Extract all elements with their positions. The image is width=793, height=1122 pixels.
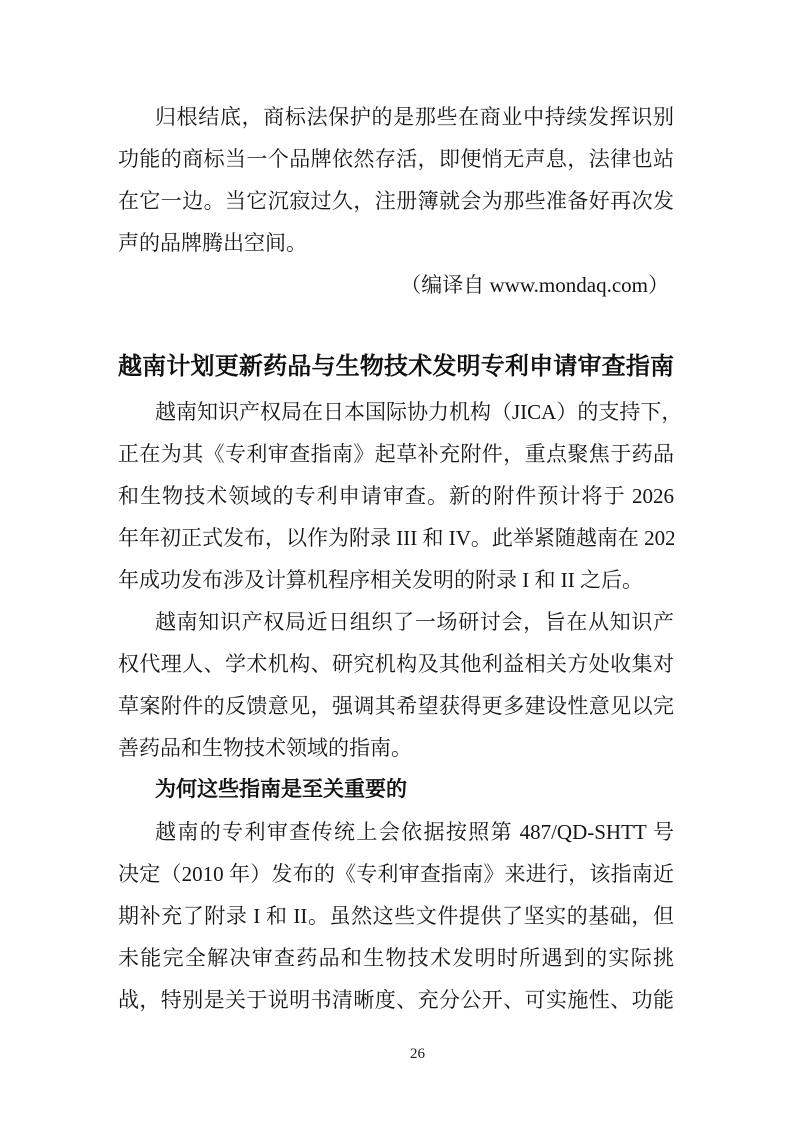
body-line: 在它一边。当它沉寂过久，注册簿就会为那些准备好再次发 bbox=[118, 180, 674, 222]
body-line: 和生物技术领域的专利申请审查。新的附件预计将于 2026 bbox=[118, 475, 674, 517]
body-line: 决定（2010 年）发布的《专利审查指南》来进行，该指南近 bbox=[118, 853, 674, 895]
document-page: 归根结底，商标法保护的是那些在商业中持续发挥识别 功能的商标当一个品牌依然存活，… bbox=[0, 0, 793, 1122]
body-line: 越南的专利审查传统上会依据按照第 487/QD-SHTT 号 bbox=[118, 811, 674, 853]
body-line: 草案附件的反馈意见，强调其希望获得更多建设性意见以完 bbox=[118, 685, 674, 727]
body-line: 归根结底，商标法保护的是那些在商业中持续发挥识别 bbox=[118, 96, 674, 138]
body-line: 期补充了附录 I 和 II。虽然这些文件提供了坚实的基础，但 bbox=[118, 895, 674, 937]
body-line: 正在为其《专利审查指南》起草补充附件，重点聚焦于药品 bbox=[118, 433, 674, 475]
section-subheading: 为何这些指南是至关重要的 bbox=[118, 769, 674, 811]
article2-paragraph-1: 越南知识产权局在日本国际协力机构（JICA）的支持下， 正在为其《专利审查指南》… bbox=[118, 391, 674, 601]
body-line: 年年初正式发布，以作为附录 III 和 IV。此举紧随越南在 2023 bbox=[118, 517, 674, 559]
body-line: 越南知识产权局近日组织了一场研讨会，旨在从知识产 bbox=[118, 601, 674, 643]
text-block: 归根结底，商标法保护的是那些在商业中持续发挥识别 功能的商标当一个品牌依然存活，… bbox=[118, 96, 674, 1021]
body-line: 年成功发布涉及计算机程序相关发明的附录 I 和 II 之后。 bbox=[118, 559, 674, 601]
body-line: 善药品和生物技术领域的指南。 bbox=[118, 727, 674, 769]
body-line: 声的品牌腾出空间。 bbox=[118, 222, 674, 264]
source-attribution: （编译自 www.mondaq.com） bbox=[118, 264, 674, 306]
article-title: 越南计划更新药品与生物技术发明专利申请审查指南 bbox=[118, 344, 674, 390]
body-line: 权代理人、学术机构、研究机构及其他利益相关方处收集对 bbox=[118, 643, 674, 685]
page-number: 26 bbox=[0, 1044, 793, 1064]
article2-paragraph-2: 越南知识产权局近日组织了一场研讨会，旨在从知识产 权代理人、学术机构、研究机构及… bbox=[118, 601, 674, 769]
article1-paragraph: 归根结底，商标法保护的是那些在商业中持续发挥识别 功能的商标当一个品牌依然存活，… bbox=[118, 96, 674, 264]
body-line: 未能完全解决审查药品和生物技术发明时所遇到的实际挑 bbox=[118, 937, 674, 979]
body-line: 越南知识产权局在日本国际协力机构（JICA）的支持下， bbox=[118, 391, 674, 433]
body-line: 战，特别是关于说明书清晰度、充分公开、可实施性、功能 bbox=[118, 979, 674, 1021]
body-line: 功能的商标当一个品牌依然存活，即便悄无声息，法律也站 bbox=[118, 138, 674, 180]
article2-paragraph-3: 越南的专利审查传统上会依据按照第 487/QD-SHTT 号 决定（2010 年… bbox=[118, 811, 674, 1021]
